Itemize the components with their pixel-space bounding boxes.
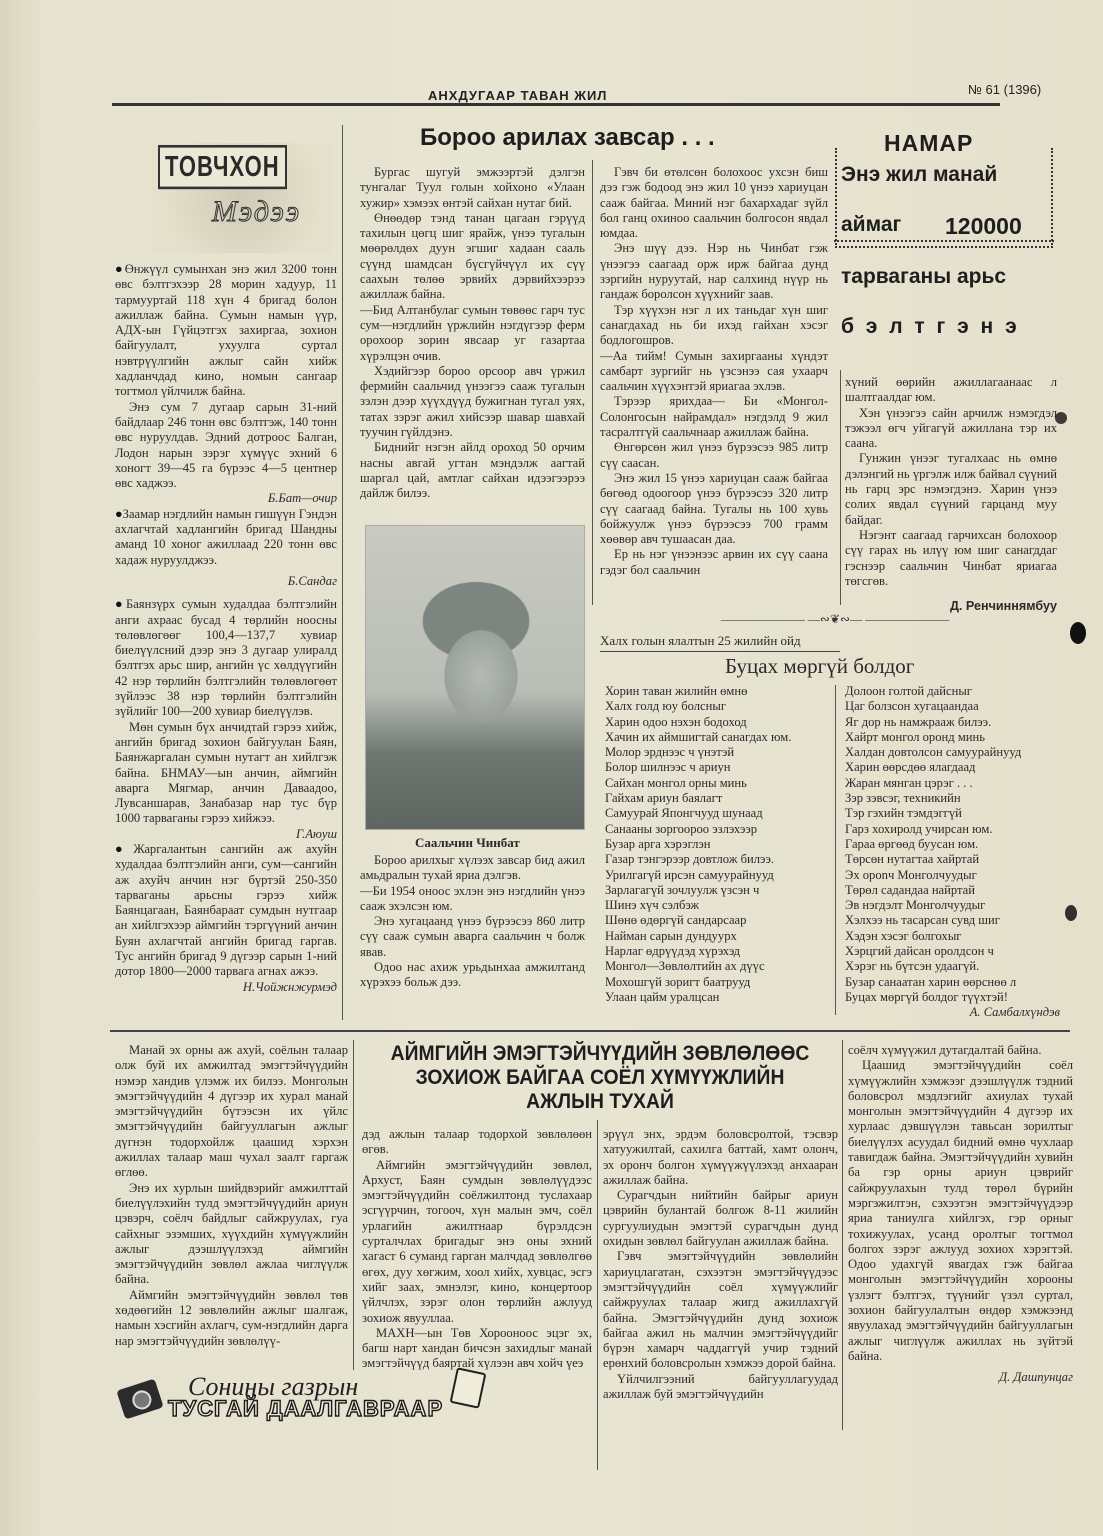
poem-line: Жаран мянган цэрэг . . .	[845, 776, 1021, 791]
photo-caption: Саальчин Чинбат	[415, 835, 520, 851]
punch-hole	[1070, 622, 1086, 644]
poem-line: Зэр зэвсэг, техникийн	[845, 791, 1021, 806]
poem-column-1: Хорин таван жилийн өмнөХалх голд юу болс…	[605, 684, 791, 1005]
paragraph: Энэ жил 15 үнээ хариуцан сааж байгаа бөг…	[600, 471, 828, 547]
paragraph: хүний өөрийн ажиллагаанаас л шалтгаалдаг…	[845, 375, 1057, 406]
headline-line: ЗОХИОЖ БАЙГАА СОЁЛ ХҮМҮҮЖЛИЙН	[379, 1066, 821, 1090]
paragraph: Хэдийгээр бороо орсоор авч үржил фермийн…	[360, 364, 585, 440]
paragraph: Тэрээр ярихдаа— Би «Монгол-Солонгосын на…	[600, 394, 828, 440]
poem-line: Молор эрднээс ч үнэтэй	[605, 745, 791, 760]
ornament-divider: ——————— —∾❦∾— ———————	[720, 612, 950, 627]
brief-news-logo: ТОВЧХОН Мэдээ	[152, 143, 332, 253]
poem-line: Яг дор нь намжрааж билээ.	[845, 715, 1021, 730]
namar-title: НАМАР	[880, 130, 977, 157]
paragraph: Аймгийн эмэгтэйчүүдийн зөвлөл төв хөдөөг…	[115, 1288, 348, 1349]
poem-line: Мохошгүй зоригт баатрууд	[605, 975, 791, 990]
women-column-2: дэд ажлын талаар тодорхой зөвлөлөөн өгөв…	[362, 1127, 592, 1372]
news-text: Баянзүрх сумын худалдаа бэлтгэлийн анги …	[115, 597, 337, 718]
poem-line: Халдан довтолсон самуурайнууд	[845, 745, 1021, 760]
paragraph: —Бид Алтанбулаг сумын төвөөс гарч тус су…	[360, 303, 585, 364]
paragraph: Тэр хүүхэн нэг л их таньдаг хүн шиг сана…	[600, 303, 828, 349]
poem-line: Тэр гэхийн тэмдэггүй	[845, 806, 1021, 821]
women-headline: АЙМГИЙН ЭМЭГТЭЙЧҮҮДИЙН ЗӨВЛӨЛӨӨС ЗОХИОЖ …	[379, 1042, 821, 1114]
poem-line: Харин өөрсдөө ялагдаад	[845, 760, 1021, 775]
feature-column-1: Бургас шугуй эмжээртэй дэлгэн тунгалаг Т…	[360, 165, 585, 502]
poem-line: Нарлаг өдрүүдэд хүрэхэд	[605, 944, 791, 959]
news-author: Г.Аюуш	[115, 827, 337, 842]
masthead-title: АНХДУГААР ТАВАН ЖИЛ	[428, 88, 607, 103]
paragraph: Өнгөрсөн жил үнээ бүрээсээ 985 литр сүү …	[600, 440, 828, 471]
poem-line: Бузар арга хэрэглэн	[605, 837, 791, 852]
poem-line: Эх орonч Монголчуудыг	[845, 868, 1021, 883]
news-text: Мөн сумын бүх анчидтай гэрээ хийж, ангий…	[115, 720, 337, 827]
paragraph: —Аа тийм! Сумын захиргааны хүндэт самбар…	[600, 349, 828, 395]
poem-line: Долоон голтой дайсныг	[845, 684, 1021, 699]
paragraph: Биднийг нэгэн айлд ороход 50 орчим насны…	[360, 440, 585, 501]
paragraph: Манай эх орны аж ахуй, соёлын талаар олж…	[115, 1043, 348, 1181]
bullet-icon: ●	[115, 842, 133, 856]
column-divider	[842, 1040, 843, 1430]
column-divider	[597, 1120, 598, 1470]
column-divider	[835, 685, 836, 1015]
poem-line: Гарз хохиролд учирсан юм.	[845, 822, 1021, 837]
poem-column-2: Долоон голтой дайсныгЦаг болзсон хугацаа…	[845, 684, 1021, 1005]
poem-line: Санааны зоргоороо эзлэхээр	[605, 822, 791, 837]
column-divider	[592, 160, 593, 605]
paragraph: Бургас шугуй эмжээртэй дэлгэн тунгалаг Т…	[360, 165, 585, 211]
poem-line: Буцах мөргүй болдог түүхтэй!	[845, 990, 1021, 1005]
headline-line: АЖЛЫН ТУХАЙ	[379, 1090, 821, 1114]
paragraph: МАХН—ын Төв Хорооноос эцэг эх, багш нарт…	[362, 1326, 592, 1372]
poem-line: Улаан цайм уралцсан	[605, 990, 791, 1005]
poem-line: Хайрт монгол оронд минь	[845, 730, 1021, 745]
paragraph: Сурагчдын нийтийн байрыг ариун цэврийн б…	[603, 1188, 838, 1249]
masthead-rule	[112, 103, 1000, 106]
camera-icon	[116, 1379, 163, 1420]
paragraph: Энэ их хурлын шийдвэрийг амжилттай биелү…	[115, 1181, 348, 1288]
feature-column-2: Гэвч би өтөлсөн болохоос ухсэн биш дээ г…	[600, 165, 828, 578]
newspaper-page: АНХДУГААР ТАВАН ЖИЛ № 61 (1396) ТОВЧХОН …	[0, 0, 1103, 1536]
paragraph: Бороо арилхыг хүлээх завсар бид ажил амь…	[360, 853, 585, 884]
poem-line: Самуурай Японгчууд шунаад	[605, 806, 791, 821]
women-column-4: соёлч хүмүүжил дутагдалтай байна. Цаашид…	[848, 1043, 1073, 1386]
paragraph: Ер нь нэг үнээнээс арвин их сүү саана гэ…	[600, 547, 828, 578]
news-text: Энэ сум 7 дугаар сарын 31-ний байдлаар 2…	[115, 400, 337, 492]
paragraph: Гунжин үнээг тугалхаас нь өмнө дэлэнгий …	[845, 451, 1057, 527]
news-item: ●Өнжүүл сумынхан энэ жил 3200 тонн өвс б…	[115, 262, 337, 507]
paragraph: Цаашид эмэгтэйчүүдийн соёл хүмүүжлийн хэ…	[848, 1058, 1073, 1364]
news-text: Жаргалантын сангийн аж ахуйн худалдаа бэ…	[115, 842, 337, 978]
paragraph: Аймгийн эмэгтэйчүүдийн зөвлөл, Архуст, Б…	[362, 1158, 592, 1326]
brief-news-logo-script: Мэдээ	[212, 195, 301, 229]
portrait-photo	[365, 525, 585, 830]
women-column-3: эрүүл энх, эрдэм боловсролтой, тэсвэр ха…	[603, 1127, 838, 1402]
issue-number: № 61 (1396)	[968, 82, 1041, 97]
poem-line: Хэрцгий дайсан оролдсон ч	[845, 944, 1021, 959]
poem-line: Зарлагагүй зочлуулж үзсэн ч	[605, 883, 791, 898]
poem-line: Болор шилнээс ч ариун	[605, 760, 791, 775]
poem-line: Хэлхээ нь тасарсан сувд шиг	[845, 913, 1021, 928]
poem-title: Буцах мөргүй болдог	[725, 654, 914, 679]
poem-kicker: Халх голын ялалтын 25 жилийн ойд	[600, 633, 840, 652]
paragraph: дэд ажлын талаар тодорхой зөвлөлөөн өгөв…	[362, 1127, 592, 1158]
paragraph: Гэвч би өтөлсөн болохоос ухсэн биш дээ г…	[600, 165, 828, 241]
news-text: Өнжүүл сумынхан энэ жил 3200 тонн өвс бэ…	[115, 262, 337, 398]
poem-line: Газар тэнгэрээр довтлож билээ.	[605, 852, 791, 867]
feature-column-3: хүний өөрийн ажиллагаанаас л шалтгаалдаг…	[845, 375, 1057, 614]
namar-line: б э л т г э н э	[841, 315, 1020, 339]
poem-line: Найман сарын дундуурх	[605, 929, 791, 944]
poem-line: Гайхам ариун баялагт	[605, 791, 791, 806]
poem-line: Цаг болзсон хугацаандаа	[845, 699, 1021, 714]
poem-line: Сайхан монгол орны минь	[605, 776, 791, 791]
news-author: Б.Бат—очир	[115, 491, 337, 506]
poem-line: Шинэ хүч сэлбэж	[605, 898, 791, 913]
brief-news-logo-top: ТОВЧХОН	[158, 145, 287, 189]
notebook-icon	[450, 1367, 487, 1408]
column-divider	[353, 1040, 354, 1370]
bullet-icon: ●	[115, 597, 126, 611]
paragraph: Үйлчилгээний байгууллагуудад ажиллаж буй…	[603, 1372, 838, 1403]
paragraph: —Би 1954 оноос эхлэн энэ нэгдлийн үнээ с…	[360, 884, 585, 915]
women-author: Д. Дашпунцаг	[848, 1370, 1073, 1385]
poem-line: Харин одоо нэхэн бодоход	[605, 715, 791, 730]
poem-line: Бузар санаатан харин өөрснөө л	[845, 975, 1021, 990]
poem-line: Халх голд юу болсныг	[605, 699, 791, 714]
ink-stain	[1055, 412, 1067, 424]
poem-line: Төрсөн нутагтаа хайртай	[845, 852, 1021, 867]
feature-headline: Бороо арилах завсар . . .	[420, 124, 715, 152]
namar-line: Энэ жил манай	[841, 163, 997, 187]
paragraph: Одоо нас ахиж урьдынхаа амжилтанд хүрэхэ…	[360, 960, 585, 991]
poem-author: А. Самбалхүндэв	[920, 1005, 1060, 1020]
namar-number: 120000	[945, 213, 1022, 240]
paragraph: Энэ шүү дээ. Нэр нь Чинбат гэж үнээгээ с…	[600, 241, 828, 302]
paragraph: Нэгэнт саагаад гарчихсан болохоор сүү га…	[845, 528, 1057, 589]
bullet-icon: ●	[115, 507, 123, 521]
poem-line: Хэдэн хэсэг болгохыг	[845, 929, 1021, 944]
news-item: ●Жаргалантын сангийн аж ахуйн худалдаа б…	[115, 842, 337, 995]
poem-line: Монгол—Зөвлөлтийн ах дүүс	[605, 959, 791, 974]
banner-block: ТУСГАЙ ДААЛГАВРААР	[168, 1396, 443, 1422]
brief-news-column: ●Өнжүүл сумынхан энэ жил 3200 тонн өвс б…	[115, 262, 337, 995]
poem-line: Урилгагүй ирсэн самуурайнууд	[605, 868, 791, 883]
poem-line: Хэрэг нь бүтсэн удаагүй.	[845, 959, 1021, 974]
poem-line: Гараа өргөөд буусан юм.	[845, 837, 1021, 852]
news-item: ●Заамар нэгдлийн намын гишүүн Гэндэн ахл…	[115, 507, 337, 589]
paragraph: соёлч хүмүүжил дутагдалтай байна.	[848, 1043, 1073, 1058]
paragraph: Хэн үнээгээ сайн арчилж нэмэгдэл тэжээл …	[845, 406, 1057, 452]
namar-bottom-border	[834, 240, 1054, 242]
poem-line: Шөнө өдөргүй сандарсаар	[605, 913, 791, 928]
feature-column-1b: Бороо арилхыг хүлээх завсар бид ажил амь…	[360, 853, 585, 991]
poem-line: Хачин их аймшигтай санагдах юм.	[605, 730, 791, 745]
paragraph: Гэвч эмэгтэйчүүдийн зөвлөлийн хариуцлага…	[603, 1249, 838, 1371]
paragraph: эрүүл энх, эрдэм боловсролтой, тэсвэр ха…	[603, 1127, 838, 1188]
column-divider	[342, 125, 343, 1020]
poem-line: Эв нэгдэлт Монголчуудыг	[845, 898, 1021, 913]
poem-line: Хорин таван жилийн өмнө	[605, 684, 791, 699]
namar-line: аймаг	[841, 213, 901, 237]
poem-line: Төрөл садандаа найртай	[845, 883, 1021, 898]
news-author: Н.Чойжнжурмэд	[115, 980, 337, 995]
namar-line: тарваганы арьс	[841, 265, 1006, 289]
special-assignment-banner: Сонины газрын ТУСГАЙ ДААЛГАВРААР	[118, 1370, 488, 1430]
bullet-icon: ●	[115, 262, 125, 276]
women-column-1: Манай эх орны аж ахуй, соёлын талаар олж…	[115, 1043, 348, 1349]
headline-line: АЙМГИЙН ЭМЭГТЭЙЧҮҮДИЙН ЗӨВЛӨЛӨӨС	[379, 1042, 821, 1066]
news-text: Заамар нэгдлийн намын гишүүн Гэндэн ахла…	[115, 507, 337, 567]
news-author: Б.Сандаг	[115, 574, 337, 589]
paragraph: Энэ хугацаанд үнээ бүрээсээ 860 литр сүү…	[360, 914, 585, 960]
news-item: ●Баянзүрх сумын худалдаа бэлтгэлийн анги…	[115, 597, 337, 842]
section-rule	[110, 1030, 1070, 1032]
paragraph: Өнөөдөр тэнд танан цагаан гэрүүд тахилын…	[360, 211, 585, 303]
column-divider	[840, 370, 841, 605]
punch-hole	[1065, 905, 1077, 921]
